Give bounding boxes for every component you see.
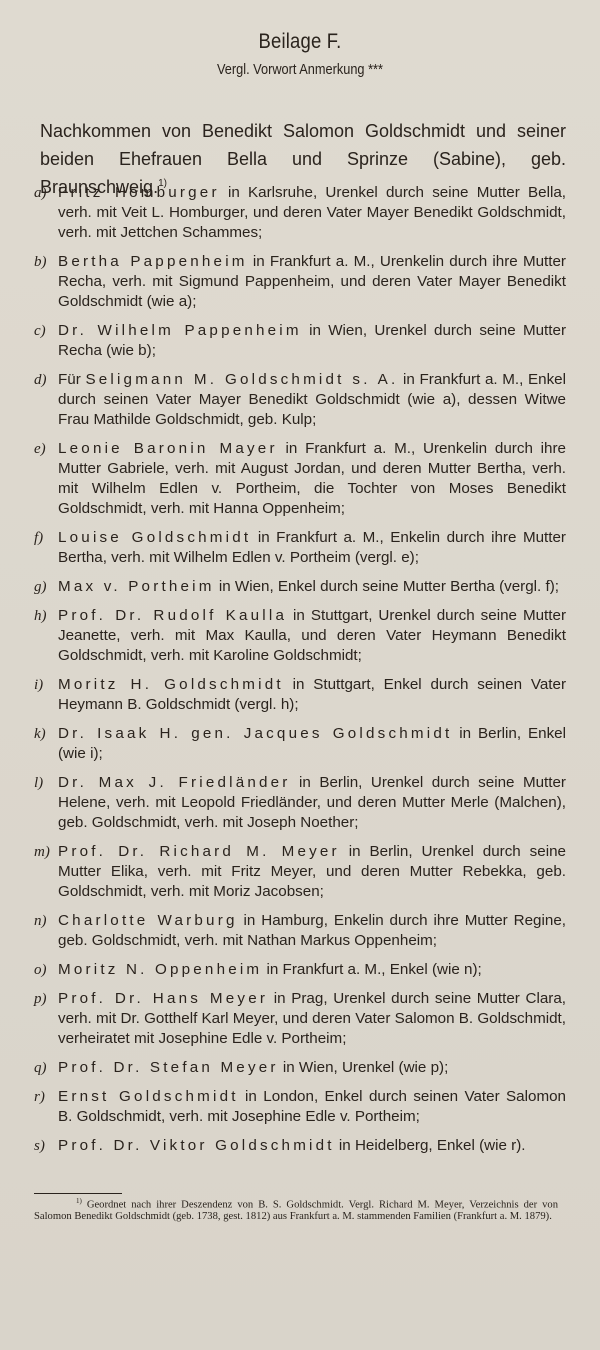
- list-item: s)Prof. Dr. Viktor Goldschmidt in Heidel…: [38, 1136, 566, 1156]
- entry-letter: m): [34, 842, 50, 862]
- list-item: d)Für Seligmann M. Goldschmidt s. A. in …: [38, 370, 566, 430]
- list-item: n)Charlotte Warburg in Hamburg, Enkelin …: [38, 911, 566, 951]
- list-item: b)Bertha Pappenheim in Frankfurt a. M., …: [38, 252, 566, 312]
- entry-letter: e): [34, 439, 46, 459]
- footnote-divider: [34, 1193, 122, 1194]
- list-item: e)Leonie Baronin Mayer in Frankfurt a. M…: [38, 439, 566, 519]
- list-item: k)Dr. Isaak H. gen. Jacques Goldschmidt …: [38, 724, 566, 764]
- entry-letter: b): [34, 252, 47, 272]
- list-item: h)Prof. Dr. Rudolf Kaulla in Stuttgart, …: [38, 606, 566, 666]
- list-item: g)Max v. Portheim in Wien, Enkel durch s…: [38, 577, 566, 597]
- entry-name: Seligmann M. Goldschmidt s. A.: [85, 371, 398, 388]
- descendants-list: a)Fritz Homburger in Karlsruhe, Urenkel …: [38, 183, 566, 1165]
- entry-letter: f): [34, 528, 43, 548]
- entry-name: Dr. Max J. Friedländer: [58, 774, 291, 791]
- entry-name: Fritz Homburger: [58, 184, 220, 201]
- list-item: l)Dr. Max J. Friedländer in Berlin, Uren…: [38, 773, 566, 833]
- entry-letter: c): [34, 321, 46, 341]
- entry-letter: r): [34, 1087, 45, 1107]
- entry-prefix: Für: [58, 371, 85, 388]
- document-page: Beilage F. Vergl. Vorwort Anmerkung *** …: [0, 0, 600, 1350]
- footnote-text: Geordnet nach ihrer Deszendenz von B. S.…: [34, 1200, 558, 1222]
- entry-text: in Wien, Urenkel (wie p);: [279, 1059, 449, 1076]
- entry-letter: n): [34, 911, 47, 931]
- entry-letter: q): [34, 1058, 47, 1078]
- entry-name: Ernst Goldschmidt: [58, 1088, 239, 1105]
- entry-text: in Frankfurt a. M., Enkel (wie n);: [262, 961, 481, 978]
- entry-letter: a): [34, 183, 47, 203]
- entry-letter: o): [34, 960, 47, 980]
- list-item: r)Ernst Goldschmidt in London, Enkel dur…: [38, 1087, 566, 1127]
- entry-letter: d): [34, 370, 47, 390]
- list-item: m)Prof. Dr. Richard M. Meyer in Berlin, …: [38, 842, 566, 902]
- entry-name: Prof. Dr. Stefan Meyer: [58, 1059, 279, 1076]
- entry-name: Bertha Pappenheim: [58, 253, 248, 270]
- entry-name: Charlotte Warburg: [58, 912, 238, 929]
- entry-letter: p): [34, 989, 47, 1009]
- entry-letter: s): [34, 1136, 45, 1156]
- entry-name: Max v. Portheim: [58, 578, 215, 595]
- entry-name: Prof. Dr. Viktor Goldschmidt: [58, 1137, 335, 1154]
- entry-name: Prof. Dr. Hans Meyer: [58, 990, 268, 1007]
- entry-name: Dr. Isaak H. gen. Jacques Goldschmidt: [58, 725, 452, 742]
- list-item: o)Moritz N. Oppenheim in Frankfurt a. M.…: [38, 960, 566, 980]
- entry-letter: k): [34, 724, 46, 744]
- entry-name: Dr. Wilhelm Pappenheim: [58, 322, 302, 339]
- entry-name: Leonie Baronin Mayer: [58, 440, 278, 457]
- entry-letter: i): [34, 675, 43, 695]
- entry-name: Moritz N. Oppenheim: [58, 961, 262, 978]
- entry-letter: h): [34, 606, 47, 626]
- entry-name: Moritz H. Goldschmidt: [58, 676, 284, 693]
- entry-name: Prof. Dr. Rudolf Kaulla: [58, 607, 287, 624]
- entry-letter: l): [34, 773, 43, 793]
- entry-letter: g): [34, 577, 47, 597]
- list-item: i)Moritz H. Goldschmidt in Stuttgart, En…: [38, 675, 566, 715]
- list-item: p)Prof. Dr. Hans Meyer in Prag, Urenkel …: [38, 989, 566, 1049]
- entry-name: Louise Goldschmidt: [58, 529, 251, 546]
- entry-text: in Wien, Enkel durch seine Mutter Bertha…: [215, 578, 559, 595]
- footnote: 1) Geordnet nach ihrer Deszendenz von B.…: [34, 1196, 558, 1222]
- entry-text: in Heidelberg, Enkel (wie r).: [335, 1137, 526, 1154]
- entry-name: Prof. Dr. Richard M. Meyer: [58, 843, 340, 860]
- page-title: Beilage F.: [36, 30, 564, 54]
- list-item: a)Fritz Homburger in Karlsruhe, Urenkel …: [38, 183, 566, 243]
- page-subtitle: Vergl. Vorwort Anmerkung ***: [36, 62, 564, 78]
- list-item: q)Prof. Dr. Stefan Meyer in Wien, Urenke…: [38, 1058, 566, 1078]
- list-item: c)Dr. Wilhelm Pappenheim in Wien, Urenke…: [38, 321, 566, 361]
- list-item: f)Louise Goldschmidt in Frankfurt a. M.,…: [38, 528, 566, 568]
